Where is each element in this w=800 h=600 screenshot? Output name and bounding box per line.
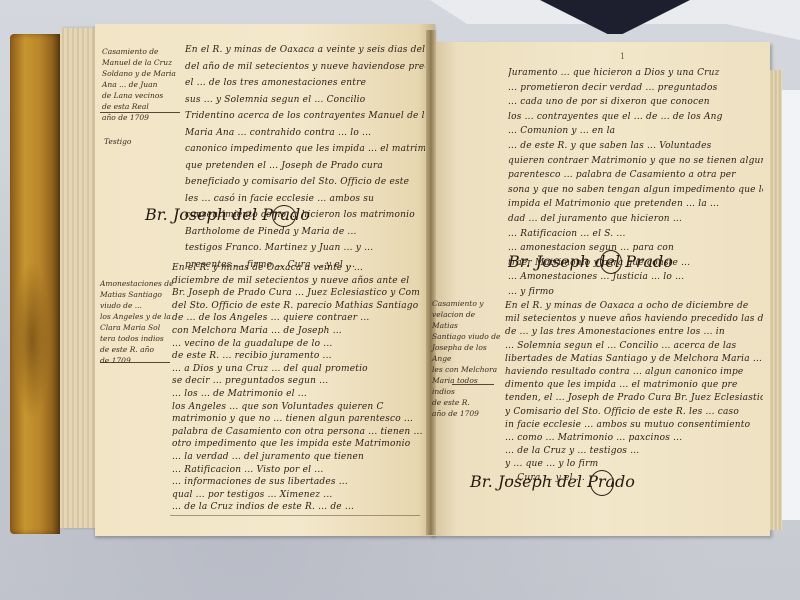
text-line: los ... contrayentes que el ... de ... d…: [508, 110, 763, 125]
text-line: del Sto. Officio de este R. parecio Math…: [172, 300, 424, 313]
text-line: libertades de Matias Santiago y de Melch…: [505, 353, 763, 366]
photo-scene: Casamiento de Manuel de la Cruz Soldano …: [0, 0, 800, 600]
text-line: Br. Joseph de Prado Cura ... Juez Eclesi…: [172, 287, 424, 300]
text-line: ... a Dios y una Cruz ... del qual prome…: [172, 363, 424, 376]
text-line: qual ... por testigos ... Ximenez ...: [172, 489, 424, 502]
text-line: mil setecientos y nueve años haviendo pr…: [505, 313, 763, 326]
text-line: ... Solemnia segun el ... Concilio ... a…: [505, 340, 763, 353]
margin-line: Ana ... de Juan: [102, 79, 182, 90]
text-line: ... como ... Matrimonio ... paxcinos ...: [505, 432, 763, 445]
text-line: canonico impedimento que les impida ... …: [185, 141, 425, 158]
text-line: que pretenden el ... Joseph de Prado cur…: [185, 158, 425, 175]
text-line: En el R. y minas de Oaxaca a veinte y se…: [185, 42, 425, 59]
margin-rule: [170, 515, 420, 516]
text-line: En el R. y minas de Oaxaca a veinte y ..…: [172, 262, 424, 275]
text-line: ... Ratificacion ... Visto por el ...: [172, 464, 424, 477]
margin-line: velacion de Matias: [432, 309, 502, 331]
text-line: ... la verdad ... del juramento que tien…: [172, 451, 424, 464]
text-line: haviendo resultado contra ... algun cano…: [505, 366, 763, 379]
page-edges-left: [60, 28, 100, 528]
margin-line: año de 1709: [102, 112, 182, 123]
text-line: ... de la Cruz y ... testigos ...: [505, 445, 763, 458]
text-line: ... y firmo: [508, 285, 763, 300]
entry-1-text: En el R. y minas de Oaxaca a veinte y se…: [185, 42, 425, 273]
margin-line: Soldano y de Maria: [102, 68, 182, 79]
margin-note-entry-1: Casamiento de Manuel de la Cruz Soldano …: [102, 46, 182, 123]
text-line: En el R. y minas de Oaxaca a ocho de dic…: [505, 300, 763, 313]
text-line: y ... que ... y lo firm: [505, 458, 763, 471]
text-line: ... de la Cruz indios de este R. ... de …: [172, 501, 424, 514]
text-line: impida el Matrimonio que pretenden ... l…: [508, 197, 763, 212]
margin-line: de esta Real: [102, 101, 182, 112]
margin-rule: [452, 384, 494, 385]
margin-line: Josepha de los Ange: [432, 342, 502, 364]
text-line: el ... de los tres amonestaciones entre: [185, 75, 425, 92]
signature-flourish: [272, 205, 296, 227]
margin-line: Casamiento y: [432, 298, 502, 309]
text-line: ... vecino de la guadalupe de lo ...: [172, 338, 424, 351]
text-line: ... cada uno de por si dixeron que conoc…: [508, 95, 763, 110]
entry-2-text: En el R. y minas de Oaxaca a veinte y ..…: [172, 262, 424, 514]
text-line: ... Amonestaciones ... Justicia ... lo .…: [508, 270, 763, 285]
margin-line: Matias Santiago: [100, 289, 180, 300]
text-line: palabra de Casamiento con otra persona .…: [172, 426, 424, 439]
right-entry-2-text: En el R. y minas de Oaxaca a ocho de dic…: [505, 300, 763, 485]
text-line: testigos Franco. Martinez y Juan ... y .…: [185, 240, 425, 257]
margin-line: de 1709: [100, 355, 180, 366]
text-line: los Angeles ... que son Voluntades quier…: [172, 401, 424, 414]
margin-line: les con Melchora: [432, 364, 502, 375]
margin-line: de este R. año: [100, 344, 180, 355]
text-line: ... Ratificacion ... el S. ...: [508, 227, 763, 242]
margin-line: Casamiento de: [102, 46, 182, 57]
text-line: sona y que no saben tengan algun impedim…: [508, 183, 763, 198]
margin-line: Santiago viudo de: [432, 331, 502, 342]
text-line: beneficiado y comisario del Sto. Officio…: [185, 174, 425, 191]
spine-stain: [14, 260, 50, 420]
signature-right-1: Br. Joseph del Prado: [508, 252, 673, 271]
text-line: ... los ... de Matrimonio el ...: [172, 388, 424, 401]
text-line: y Comisario del Sto. Officio de este R. …: [505, 406, 763, 419]
margin-note-right-entry-2: Casamiento y velacion de Matias Santiago…: [432, 298, 502, 419]
text-line: de ... de los Angeles ... quiere contrae…: [172, 312, 424, 325]
margin-line: Manuel de la Cruz: [102, 57, 182, 68]
margin-line: tera todos indios: [100, 333, 180, 344]
text-line: de este R. ... recibio juramento ...: [172, 350, 424, 363]
text-line: con Melchora Maria ... de Joseph ...: [172, 325, 424, 338]
text-line: ... informaciones de sus libertades ...: [172, 476, 424, 489]
text-line: sus ... y Solemnia segun el ... Concilio: [185, 92, 425, 109]
margin-note-testigo: Testigo: [104, 136, 131, 147]
margin-note-entry-2: Amonestaciones de Matias Santiago viudo …: [100, 278, 180, 366]
book-gutter: [426, 30, 436, 535]
text-line: del año de mil setecientos y nueve havie…: [185, 59, 425, 76]
text-line: dad ... del juramento que hicieron ...: [508, 212, 763, 227]
text-line: in facie ecclesie ... ambos su mutuo con…: [505, 419, 763, 432]
text-line: otro impedimento que les impida este Mat…: [172, 438, 424, 451]
text-line: se decir ... preguntados segun ...: [172, 375, 424, 388]
text-line: Juramento ... que hicieron a Dios y una …: [508, 66, 763, 81]
margin-line: los Angeles y de la: [100, 311, 180, 322]
text-line: ... prometieron decir verdad ... pregunt…: [508, 81, 763, 96]
margin-line: viudo de ...: [100, 300, 180, 311]
margin-line: año de 1709: [432, 408, 502, 419]
text-line: quieren contraer Matrimonio y que no se …: [508, 154, 763, 169]
margin-line: de Lana vecinos: [102, 90, 182, 101]
text-line: Bartholome de Pineda y Maria de ...: [185, 224, 425, 241]
margin-line: de este R.: [432, 397, 502, 408]
text-line: parentesco ... palabra de Casamiento a o…: [508, 168, 763, 183]
text-line: matrimonio y que no ... tienen algun par…: [172, 413, 424, 426]
text-line: tenden, el ... Joseph de Prado Cura Br. …: [505, 392, 763, 405]
text-line: ... de este R. y que saben las ... Volun…: [508, 139, 763, 154]
signature-flourish: [600, 250, 622, 274]
margin-line: Maria todos indios: [432, 375, 502, 397]
text-line: Maria Ana ... contrahido contra ... lo .…: [185, 125, 425, 142]
page-edges-right: [770, 70, 782, 530]
page-number: 1: [620, 52, 625, 61]
margin-line: Clara Maria Sol: [100, 322, 180, 333]
margin-line: Amonestaciones de: [100, 278, 180, 289]
text-line: Tridentino acerca de los contrayentes Ma…: [185, 108, 425, 125]
text-line: dimento que les impida ... el matrimonio…: [505, 379, 763, 392]
text-line: de ... y las tres Amonestaciones entre l…: [505, 326, 763, 339]
text-line: diciembre de mil setecientos y nueve año…: [172, 275, 424, 288]
signature-flourish: [590, 470, 614, 496]
text-line: ... Comunion y ... en la: [508, 124, 763, 139]
